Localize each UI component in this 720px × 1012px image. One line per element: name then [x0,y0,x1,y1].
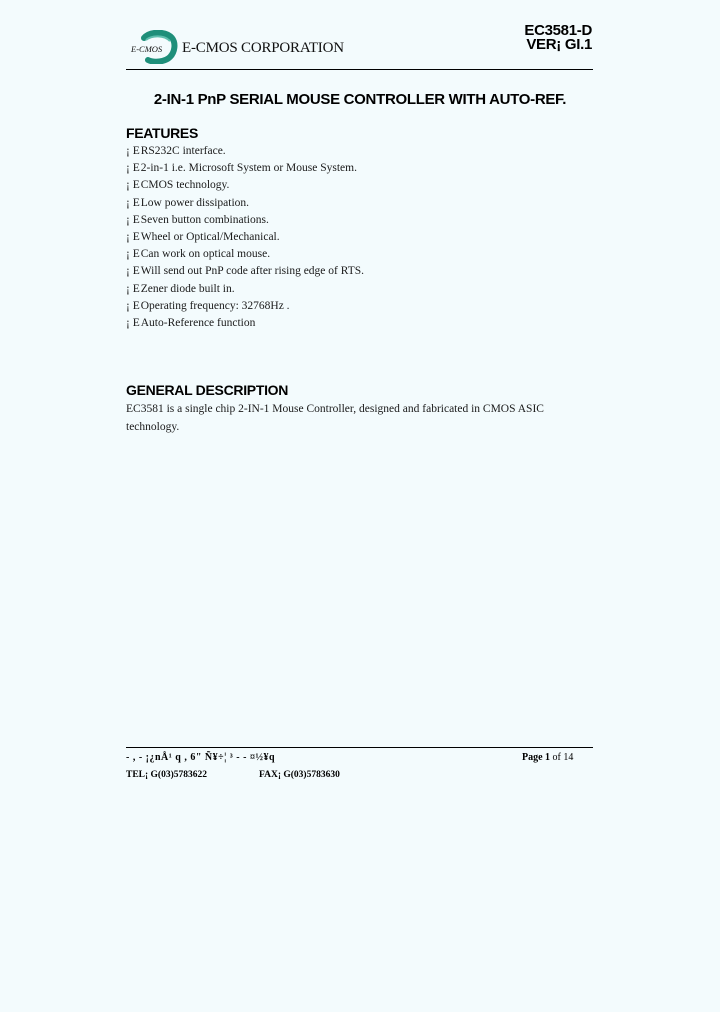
svg-text:E-CMOS: E-CMOS [130,44,163,54]
bullet-marker: ¡ E [126,248,140,260]
page-of: of [553,752,561,763]
general-description-body: EC3581 is a single chip 2-IN-1 Mouse Con… [126,400,596,436]
feature-text: Low power dissipation. [141,197,249,209]
e-cmos-swoosh-logo-icon: E-CMOS [130,30,180,64]
page-current: 1 [545,752,550,763]
feature-item: ¡ ESeven button combinations. [126,212,364,229]
footer-address: - , - ¡¿nÅ¹ q , 6" Ñ¥÷¦ ³ - - ¤½¥q [126,752,275,763]
feature-text: Can work on optical mouse. [141,248,270,260]
feature-text: CMOS technology. [141,179,230,191]
feature-text: Will send out PnP code after rising edge… [141,265,364,277]
feature-text: 2-in-1 i.e. Microsoft System or Mouse Sy… [141,162,357,174]
bullet-marker: ¡ E [126,231,140,243]
feature-item: ¡ EWheel or Optical/Mechanical. [126,229,364,246]
bullet-marker: ¡ E [126,300,140,312]
bullet-marker: ¡ E [126,317,140,329]
page-indicator: Page 1 of 14 [522,752,573,763]
document-version: VER¡ GI.1 [524,38,592,52]
feature-item: ¡ EWill send out PnP code after rising e… [126,263,364,280]
company-name: E-CMOS CORPORATION [182,40,344,57]
page-total: 14 [563,752,573,763]
feature-text: Seven button combinations. [141,214,269,226]
page-label: Page [522,752,543,763]
document-title: 2-IN-1 PnP SERIAL MOUSE CONTROLLER WITH … [0,91,720,108]
general-description-heading: GENERAL DESCRIPTION [126,382,288,398]
footer-divider [126,747,593,748]
feature-item: ¡ ECMOS technology. [126,177,364,194]
company-logo: E-CMOS [130,30,180,64]
feature-text: Wheel or Optical/Mechanical. [141,231,280,243]
bullet-marker: ¡ E [126,265,140,277]
features-list: ¡ ERS232C interface.¡ E2-in-1 i.e. Micro… [126,143,364,332]
bullet-marker: ¡ E [126,145,140,157]
bullet-marker: ¡ E [126,214,140,226]
feature-text: Operating frequency: 32768Hz . [141,300,290,312]
feature-text: Auto-Reference function [141,317,256,329]
footer-telephone: TEL¡ G(03)5783622 [126,770,207,780]
feature-item: ¡ ELow power dissipation. [126,195,364,212]
feature-item: ¡ EAuto-Reference function [126,315,364,332]
feature-item: ¡ EOperating frequency: 32768Hz . [126,298,364,315]
bullet-marker: ¡ E [126,162,140,174]
feature-item: ¡ ECan work on optical mouse. [126,246,364,263]
feature-item: ¡ ERS232C interface. [126,143,364,160]
document-id: EC3581-D VER¡ GI.1 [524,24,592,52]
feature-text: RS232C interface. [141,145,226,157]
feature-item: ¡ E2-in-1 i.e. Microsoft System or Mouse… [126,160,364,177]
footer-fax: FAX¡ G(03)5783630 [259,770,340,780]
bullet-marker: ¡ E [126,179,140,191]
feature-item: ¡ EZener diode built in. [126,281,364,298]
header-divider [126,69,593,70]
feature-text: Zener diode built in. [141,283,235,295]
bullet-marker: ¡ E [126,197,140,209]
bullet-marker: ¡ E [126,283,140,295]
features-heading: FEATURES [126,125,198,141]
